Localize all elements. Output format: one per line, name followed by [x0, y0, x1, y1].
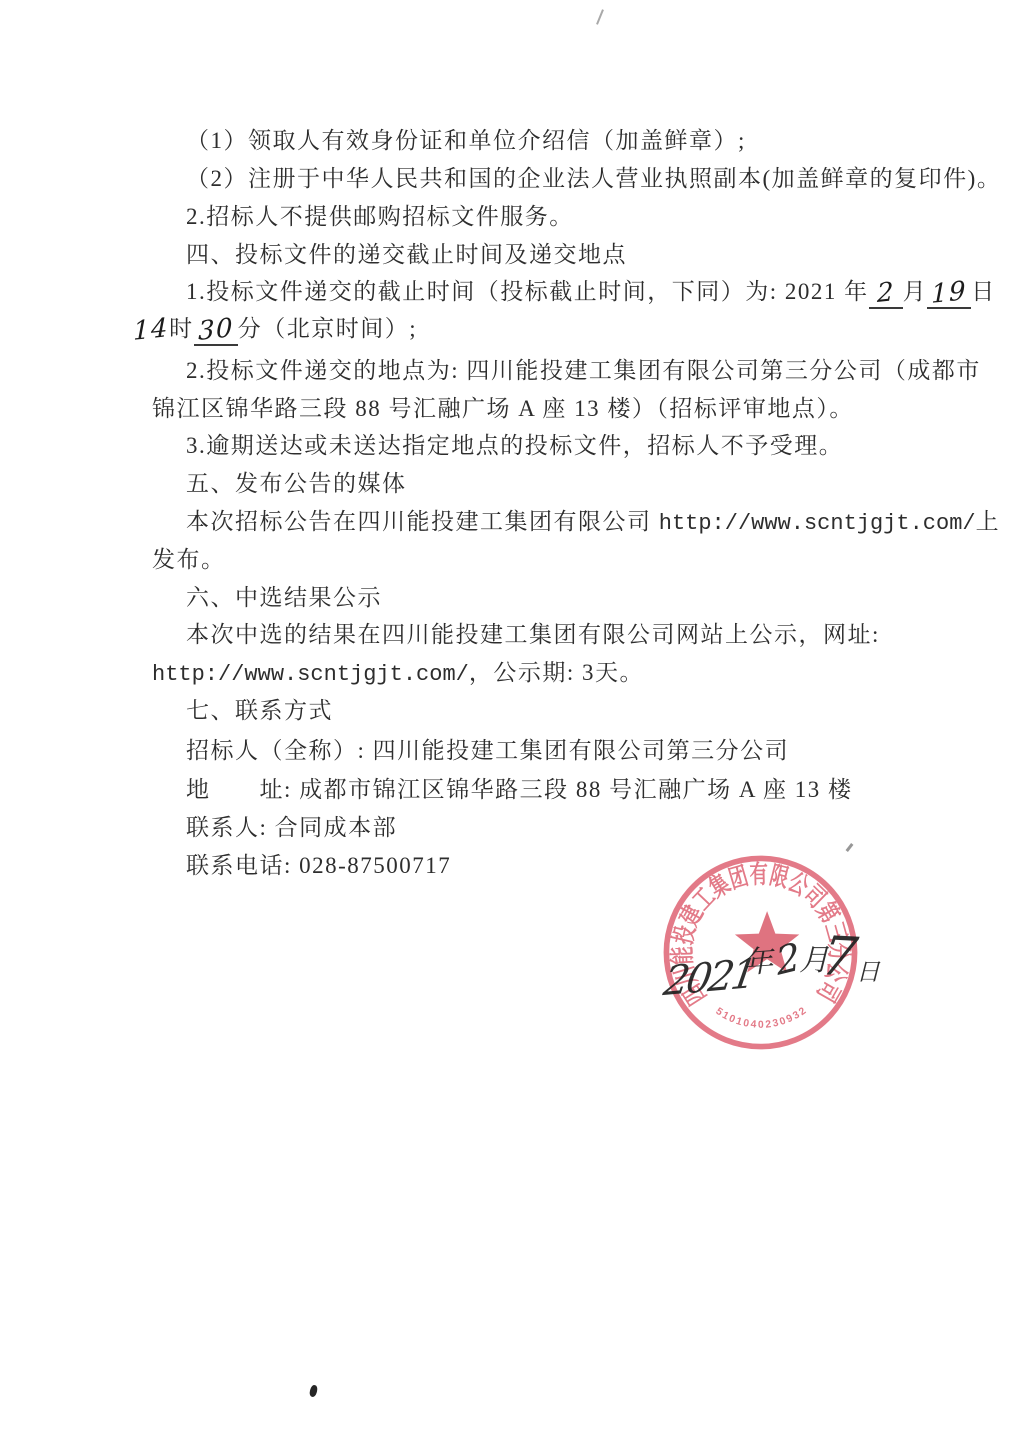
pickup-requirement-2: （2）注册于中华人民共和国的企业法人营业执照副本(加盖鲜章的复印件)。: [186, 164, 1001, 194]
seal-registration-number: 5101040230932: [713, 1005, 809, 1031]
media-pre: 本次招标公告在四川能投建工集团有限公司: [186, 509, 659, 534]
media-line-2: 发布。: [152, 545, 226, 575]
contact-person-line: 联系人: 合同成本部: [186, 813, 397, 843]
result-line-2: http://www.scntjgjt.com/，公示期: 3天。: [152, 658, 644, 690]
handwritten-month: 2: [877, 279, 895, 307]
handwritten-seal-year-label: 年: [742, 947, 774, 979]
submission-place-line-1: 2.投标文件递交的地点为: 四川能投建工集团有限公司第三分公司（成都市: [186, 356, 981, 386]
scanned-tender-document-page: （1）领取人有效身份证和单位介绍信（加盖鲜章）; （2）注册于中华人民共和国的企…: [0, 0, 1017, 1438]
handwritten-hour: 14: [133, 315, 169, 345]
tenderer-address-line: 地 址: 成都市锦江区锦华路三段 88 号汇融广场 A 座 13 楼: [186, 775, 852, 805]
scan-artifact: [309, 1384, 319, 1397]
submission-place-line-2: 锦江区锦华路三段 88 号汇融广场 A 座 13 楼）（招标评审地点）。: [152, 394, 854, 424]
overdue-notice: 3.逾期送达或未送达指定地点的投标文件，招标人不予受理。: [186, 431, 843, 461]
pickup-requirement-1: （1）领取人有效身份证和单位介绍信（加盖鲜章）;: [186, 126, 746, 156]
scan-artifact: [596, 9, 604, 25]
tenderer-name-line: 招标人（全称）: 四川能投建工集团有限公司第三分公司: [186, 736, 789, 766]
result-line-1: 本次中选的结果在四川能投建工集团有限公司网站上公示，网址:: [186, 620, 880, 650]
deadline-prefix: 1.投标文件递交的截止时间（投标截止时间，下同）为: 2021 年: [186, 279, 869, 304]
announcement-url: http://www.scntjgjt.com/: [659, 511, 976, 536]
result-url: http://www.scntjgjt.com/: [152, 662, 469, 687]
no-mail-notice: 2.招标人不提供邮购招标文件服务。: [186, 202, 574, 232]
section-5-heading: 五、发布公告的媒体: [186, 469, 407, 499]
contact-phone-line: 联系电话: 028-87500717: [186, 851, 451, 881]
day-label: 日: [971, 279, 996, 304]
section-4-heading: 四、投标文件的递交截止时间及递交地点: [186, 240, 627, 270]
result-post: ，公示期: 3天。: [469, 660, 644, 685]
deadline-month-blank: 2: [869, 277, 903, 309]
deadline-line-2: 14时30分（北京时间）;: [133, 314, 417, 346]
svg-text:5101040230932: 5101040230932: [713, 1005, 809, 1031]
minute-label: 分: [238, 316, 263, 341]
hour-label: 时: [169, 316, 194, 341]
handwritten-seal-day-label: 日: [856, 960, 880, 984]
deadline-line-1: 1.投标文件递交的截止时间（投标截止时间，下同）为: 2021 年2月19日: [186, 277, 996, 309]
beijing-time-note: （北京时间）;: [262, 316, 417, 341]
section-6-heading: 六、中选结果公示: [186, 583, 382, 613]
section-7-heading: 七、联系方式: [186, 696, 333, 726]
month-label: 月: [903, 279, 928, 304]
handwritten-seal-month: 2: [774, 937, 801, 981]
media-line-1: 本次招标公告在四川能投建工集团有限公司 http://www.scntjgjt.…: [186, 507, 1000, 539]
media-post: 上: [976, 509, 1001, 534]
handwritten-day: 19: [931, 278, 967, 308]
deadline-day-blank: 19: [927, 277, 971, 309]
deadline-minute-blank: 30: [194, 314, 238, 346]
handwritten-minute: 30: [198, 315, 234, 345]
